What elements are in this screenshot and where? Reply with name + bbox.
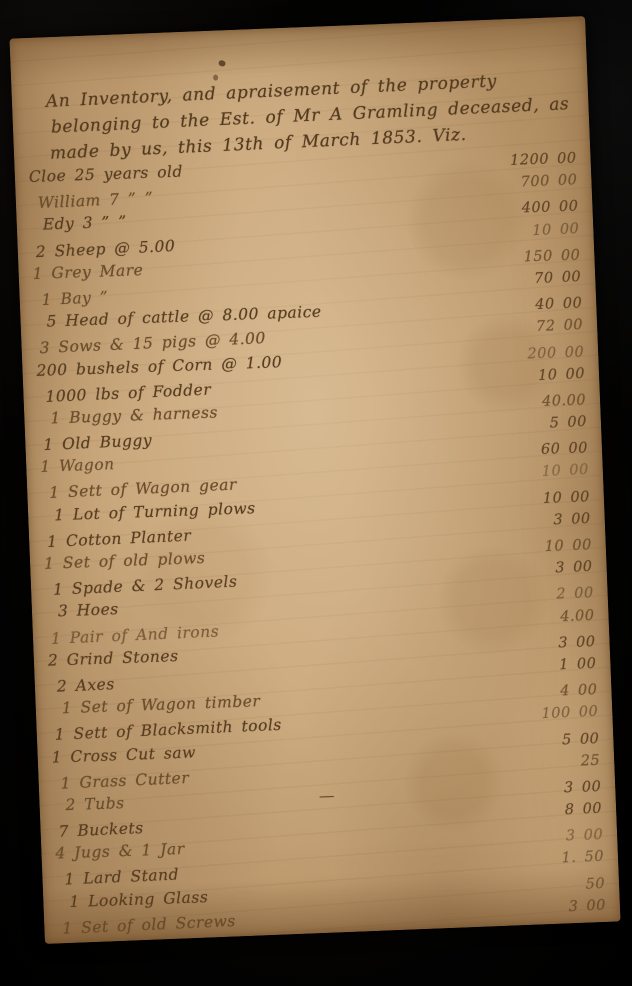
item-label: 1 Bay ” <box>29 288 108 309</box>
item-dash-mark <box>237 477 517 489</box>
item-value: 3 00 <box>523 634 596 653</box>
item-value: 5 00 <box>515 414 588 433</box>
item-value: 3 00 <box>534 897 607 916</box>
item-value: 40.00 <box>514 392 587 411</box>
item-value: 4 00 <box>525 682 598 701</box>
item-dash-mark <box>322 310 511 317</box>
item-dash-mark <box>260 697 525 706</box>
document-header: An Inventory, and apraisement of the pro… <box>9 16 590 167</box>
item-value: 3 00 <box>520 559 593 578</box>
item-value: 8 00 <box>530 801 603 820</box>
item-value: 10 00 <box>517 462 590 481</box>
item-value: 3 00 <box>518 511 591 530</box>
item-value: 3 00 <box>529 779 602 798</box>
item-dash-mark <box>175 236 507 251</box>
item-label: 2 Tubs <box>49 794 125 815</box>
item-label: 1 Grey Mare <box>28 261 143 283</box>
item-label: 1 Wagon <box>36 455 115 476</box>
item-value: 70 00 <box>509 269 582 288</box>
item-value: 700 00 <box>505 172 578 191</box>
item-value: 5 00 <box>527 731 600 750</box>
item-dash-mark <box>266 332 511 343</box>
item-dash-mark <box>282 358 512 366</box>
item-value: 10 00 <box>518 489 591 508</box>
item-dash-mark <box>282 719 527 730</box>
item-value: 1. 50 <box>532 849 605 868</box>
item-dash-mark <box>238 574 521 587</box>
item-value: 10 00 <box>520 537 593 556</box>
item-label: 2 Sheep @ 5.00 <box>27 237 175 262</box>
item-dash-mark <box>191 526 519 541</box>
item-value: 4.00 <box>522 607 595 626</box>
item-dash-mark <box>218 407 514 418</box>
item-label: 1 Grass Cutter <box>48 769 189 793</box>
item-value: 25 <box>528 752 601 771</box>
item-label: 4 Jugs & 1 Jar <box>51 840 185 863</box>
item-value: 72 00 <box>511 317 584 336</box>
item-label: 2 Grind Stones <box>44 647 179 670</box>
item-dash-mark <box>219 622 522 636</box>
item-label: 2 Axes <box>45 675 116 696</box>
item-label: 7 Buckets <box>50 819 144 841</box>
item-value: 100 00 <box>526 704 599 723</box>
item-value: 1 00 <box>524 656 597 675</box>
item-label: 3 Hoes <box>42 600 119 621</box>
inventory-list: Cloe 25 years old 1200 00 William 7 ” ” … <box>15 147 621 943</box>
item-dash-mark <box>236 912 534 925</box>
item-value: 400 00 <box>506 199 579 218</box>
item-value: 1200 00 <box>504 150 577 169</box>
item-dash-mark <box>189 767 528 782</box>
item-dash-mark <box>211 381 513 394</box>
item-value: 2 00 <box>521 585 594 604</box>
item-value: 10 00 <box>513 366 586 385</box>
item-value: 200 00 <box>512 344 585 363</box>
item-label: William 7 ” ” <box>26 189 154 213</box>
item-value: 50 <box>533 876 606 895</box>
item-dash-mark <box>256 503 518 512</box>
item-label: 1 Lard Stand <box>52 866 179 890</box>
item-value: 3 00 <box>531 827 604 846</box>
photo-background: An Inventory, and apraisement of the pro… <box>0 0 632 986</box>
item-value: 60 00 <box>516 440 589 459</box>
item-value: 150 00 <box>508 247 581 266</box>
document-page: An Inventory, and apraisement of the pro… <box>9 16 620 944</box>
item-value: 10 00 <box>507 221 580 240</box>
item-value: 40 00 <box>510 295 583 314</box>
item-label: 1 Old Buggy <box>35 431 152 454</box>
item-label: Edy 3 ” ” <box>26 213 127 235</box>
